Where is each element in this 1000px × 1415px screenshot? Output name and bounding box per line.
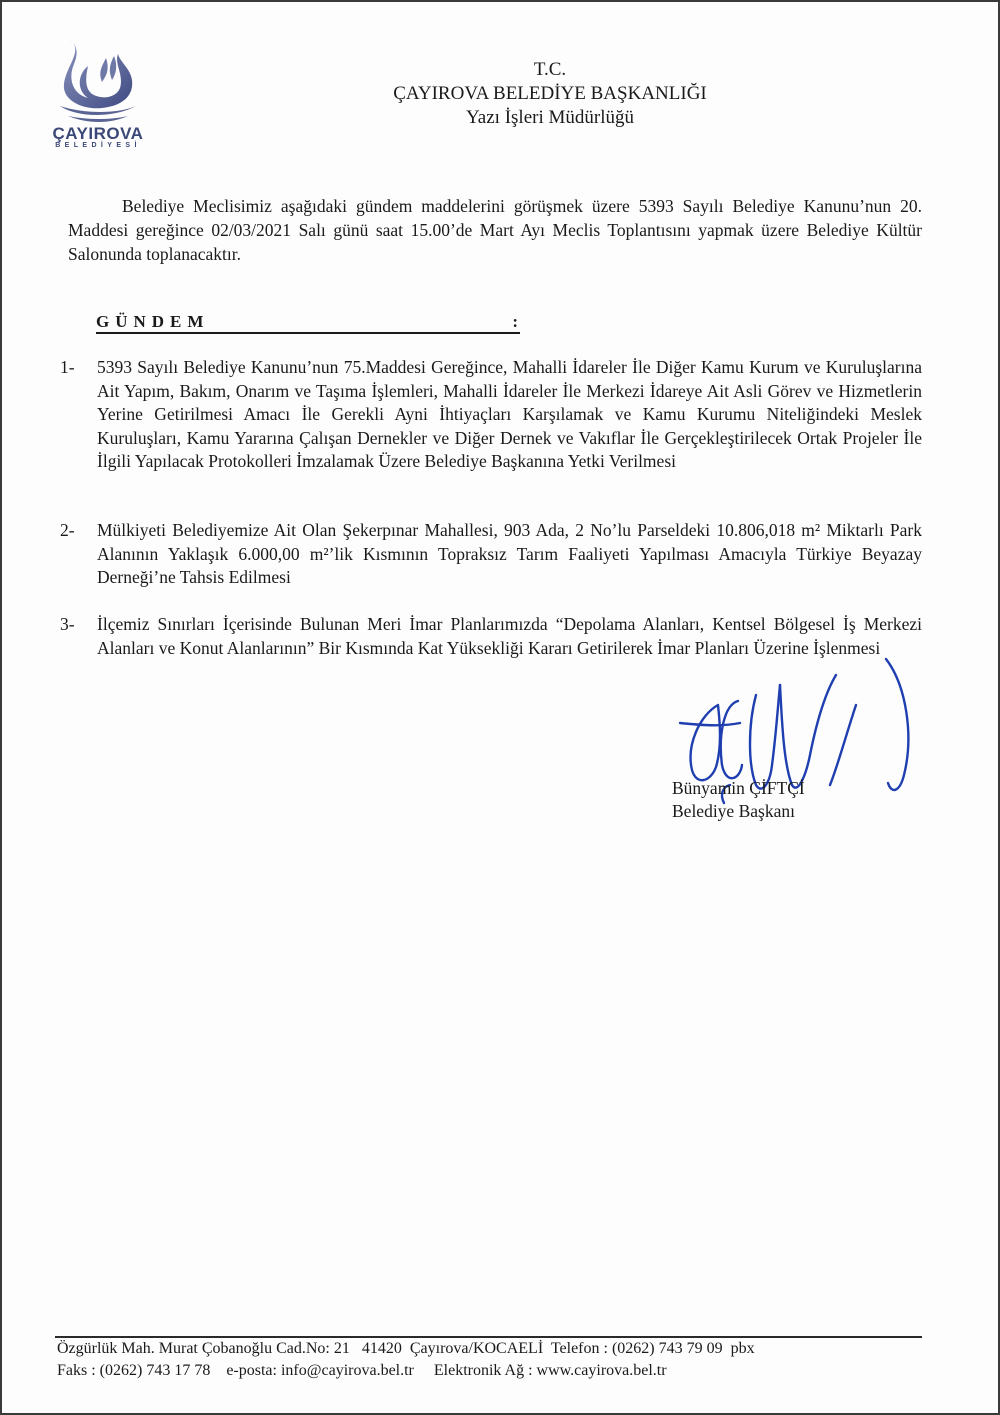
signer-block: Bünyamin ÇİFTÇİ Belediye Başkanı [672,777,805,823]
municipality-logo: ÇAYIROVA BELEDİYESİ [48,36,148,156]
signer-name: Bünyamin ÇİFTÇİ [672,777,805,800]
agenda-item-text: İlçemiz Sınırları İçerisinde Bulunan Mer… [97,613,922,660]
intro-paragraph: Belediye Meclisimiz aşağıdaki gündem mad… [68,194,922,266]
agenda-item: 2- Mülkiyeti Belediyemize Ait Olan Şeker… [60,519,922,590]
agenda-item-number: 3- [60,613,75,637]
footer-divider [55,1336,922,1338]
agenda-title: GÜNDEM [96,312,209,331]
header-department: Yazı İşleri Müdürlüğü [250,106,850,130]
agenda-item-number: 1- [60,356,75,380]
logo-name: ÇAYIROVA [48,124,148,144]
logo-subtitle: BELEDİYESİ [50,142,146,149]
agenda-heading: GÜNDEM : [96,312,520,334]
letterhead: T.C. ÇAYIROVA BELEDİYE BAŞKANLIĞI Yazı İ… [250,58,850,130]
signer-title: Belediye Başkanı [672,800,805,823]
footer-address: Özgürlük Mah. Murat Çobanoğlu Cad.No: 21… [57,1339,755,1359]
agenda-colon: : [512,312,518,332]
agenda-item-text: 5393 Sayılı Belediye Kanunu’nun 75.Madde… [97,356,922,474]
agenda-item-text: Mülkiyeti Belediyemize Ait Olan Şekerpın… [97,519,922,590]
agenda-item-number: 2- [60,519,75,543]
agenda-item: 3- İlçemiz Sınırları İçerisinde Bulunan … [60,613,922,660]
header-institution: ÇAYIROVA BELEDİYE BAŞKANLIĞI [250,82,850,106]
water-flame-logo-icon [48,36,148,126]
footer-contact: Faks : (0262) 743 17 78 e-posta: info@ca… [57,1361,667,1381]
agenda-item: 1- 5393 Sayılı Belediye Kanunu’nun 75.Ma… [60,356,922,474]
header-tc: T.C. [250,58,850,82]
